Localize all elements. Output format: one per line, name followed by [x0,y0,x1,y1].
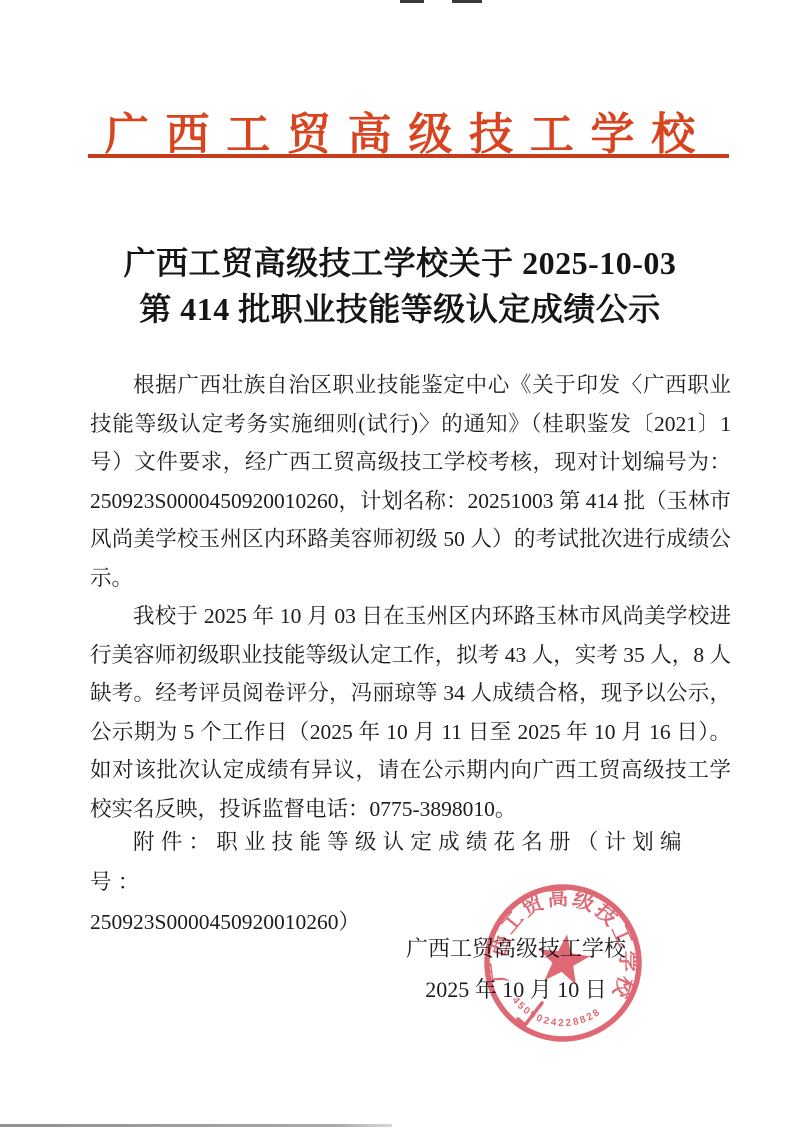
scan-artifact-bottom-line [0,1124,392,1127]
document-title-line2: 第 414 批职业技能等级认定成绩公示 [0,286,800,332]
paragraph-basis: 根据广西壮族自治区职业技能鉴定中心《关于印发〈广西职业技能等级认定考务实施细则(… [90,366,731,597]
scan-artifact-top-left-mark [400,0,424,3]
document-title-line1: 广西工贸高级技工学校关于 2025-10-03 [0,240,800,286]
attachment-line1: 附件：职业技能等级认定成绩花名册（计划编号： [90,822,731,902]
attachment-note: 附件：职业技能等级认定成绩花名册（计划编号： 250923S0000450920… [90,822,731,942]
signature-organization: 广西工贸高级技工学校 [392,928,640,969]
document-page: 广西工贸高级技工学校 广西工贸高级技工学校关于 2025-10-03 第 414… [0,0,800,1132]
signature-block: 广西工贸高级技工学校 2025 年 10 月 10 日 [392,928,640,1010]
document-title: 广西工贸高级技工学校关于 2025-10-03 第 414 批职业技能等级认定成… [0,240,800,332]
letterhead-text: 广西工贸高级技工学校 [105,110,712,159]
letterhead-school-name: 广西工贸高级技工学校 [0,98,800,162]
document-body: 根据广西壮族自治区职业技能鉴定中心《关于印发〈广西职业技能等级认定考务实施细则(… [90,366,731,822]
paragraph-results: 我校于 2025 年 10 月 03 日在玉州区内环路玉林市风尚美学校进行美容师… [90,597,731,822]
letterhead-divider-rule [88,154,729,158]
signature-date: 2025 年 10 月 10 日 [392,969,640,1010]
scan-artifact-top-right-mark [452,0,482,3]
